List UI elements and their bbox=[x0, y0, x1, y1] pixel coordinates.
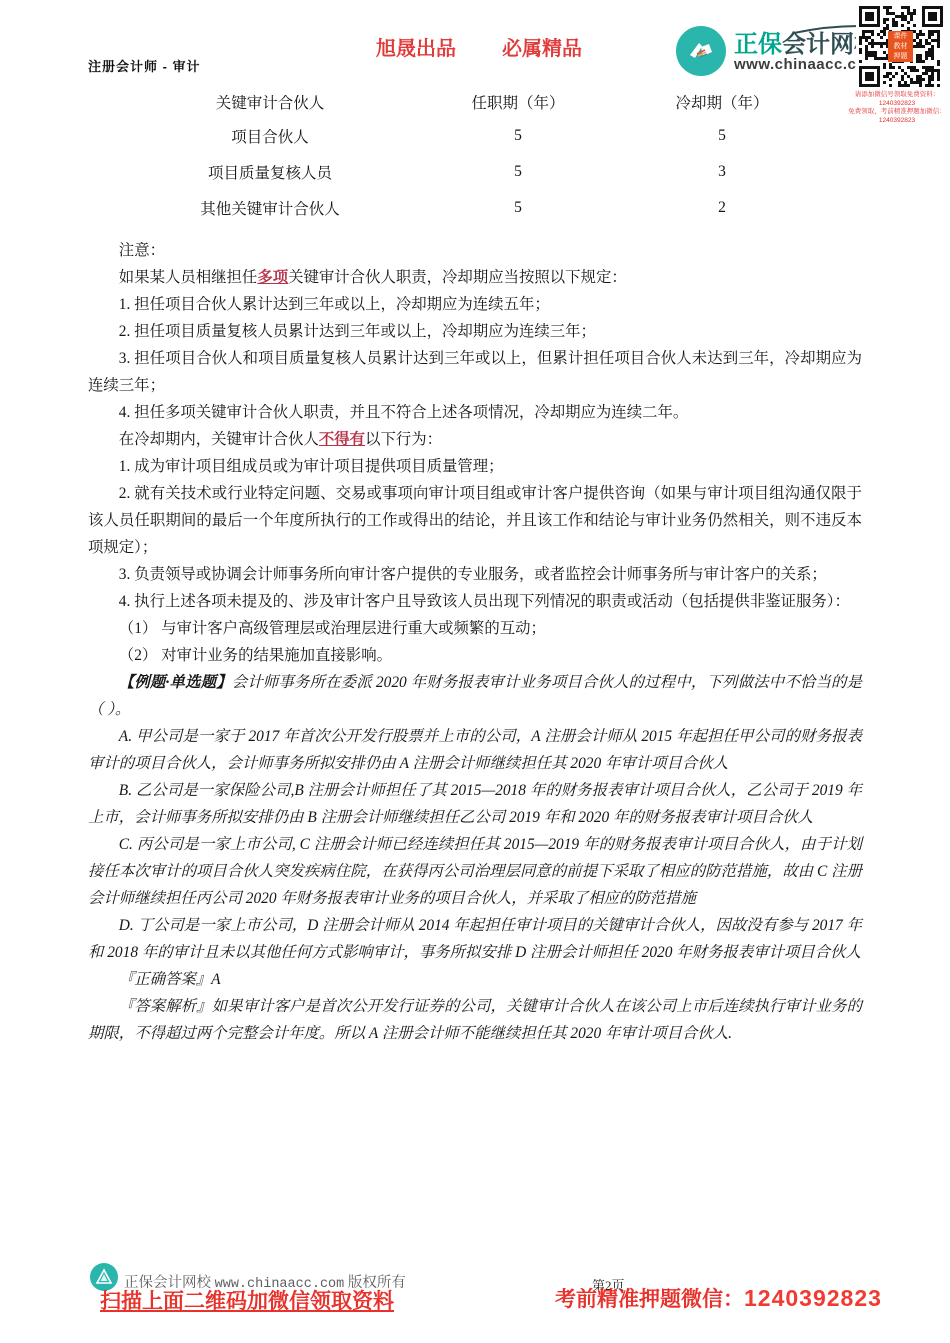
sub-behavior-item: （1） 与审计客户高级管理层或治理层进行重大或频繁的互动； bbox=[88, 615, 862, 642]
table-cell: 2 bbox=[584, 199, 860, 217]
example-stem: 【例题·单选题】会计师事务所在委派 2020 年财务报表审计业务项目合伙人的过程… bbox=[88, 669, 862, 723]
example-answer: 『正确答案』A bbox=[88, 966, 862, 993]
cooling-intro: 在冷却期内，关键审计合伙人不得有以下行为： bbox=[88, 426, 862, 453]
qr-finder-top-right bbox=[922, 6, 943, 27]
table-row: 其他关键审计合伙人 5 2 bbox=[88, 190, 860, 226]
table-header-row: 关键审计合伙人 任职期（年） 冷却期（年） bbox=[88, 86, 860, 118]
qr-finder-bottom-left bbox=[859, 66, 880, 87]
table-cell: 项目合伙人 bbox=[88, 125, 452, 147]
emphasis-budeyou: 不得有 bbox=[319, 431, 365, 448]
behavior-item: 1. 成为审计项目组成员或为审计项目提供项目质量管理； bbox=[88, 453, 862, 480]
example-option-d: D. 丁公司是一家上市公司，D 注册会计师从 2014 年起担任审计项目的关键审… bbox=[88, 912, 862, 966]
example-option-b: B. 乙公司是一家保险公司,B 注册会计师担任了其 2015—2018 年的财务… bbox=[88, 777, 862, 831]
body-text: 注意： 如果某人员相继担任多项关键审计合伙人职责，冷却期应当按照以下规定： 1.… bbox=[88, 237, 862, 1047]
wechat-number: 1240392823 bbox=[744, 1285, 882, 1311]
rule-item: 4. 担任多项关键审计合伙人职责，并且不符合上述各项情况，冷却期应为连续二年。 bbox=[88, 399, 862, 426]
emphasis-duoxiang: 多项 bbox=[257, 269, 288, 286]
book-icon bbox=[685, 35, 717, 67]
behavior-item: 4. 执行上述各项未提及的、涉及审计客户且导致该人员出现下列情况的职责或活动（包… bbox=[88, 588, 862, 615]
table-cell: 5 bbox=[584, 127, 860, 145]
top-slogans: 旭晟出品 必属精品 bbox=[376, 32, 582, 61]
triangle-logo-icon bbox=[95, 1268, 113, 1286]
rule-item: 2. 担任项目质量复核人员累计达到三年或以上，冷却期应为连续三年； bbox=[88, 318, 862, 345]
qr-finder-top-left bbox=[859, 6, 880, 27]
rule-item: 3. 担任项目合伙人和项目质量复核人员累计达到三年或以上，但累计担任项目合伙人未… bbox=[88, 345, 862, 399]
slogan-left: 旭晟出品 bbox=[376, 32, 456, 61]
example-option-c: C. 丙公司是一家上市公司, C 注册会计师已经连续担任其 2015—2019 … bbox=[88, 831, 862, 912]
brand-logo-icon bbox=[676, 26, 726, 76]
qr-center-label: 课件 教材 押题 bbox=[888, 31, 913, 62]
rotation-table: 关键审计合伙人 任职期（年） 冷却期（年） 项目合伙人 5 5 项目质量复核人员… bbox=[88, 86, 860, 226]
sub-behavior-item: （2） 对审计业务的结果施加直接影响。 bbox=[88, 642, 862, 669]
note-intro: 如果某人员相继担任多项关键审计合伙人职责，冷却期应当按照以下规定： bbox=[88, 264, 862, 291]
qr-code: 课件 教材 押题 bbox=[856, 4, 944, 90]
behavior-item: 2. 就有关技术或行业特定问题、交易或事项向审计项目组或审计客户提供咨询（如果与… bbox=[88, 480, 862, 561]
table-header-cell: 冷却期（年） bbox=[584, 91, 860, 113]
note-title: 注意： bbox=[88, 237, 862, 264]
rule-item: 1. 担任项目合伙人累计达到三年或以上，冷却期应为连续五年； bbox=[88, 291, 862, 318]
table-cell: 项目质量复核人员 bbox=[88, 161, 452, 183]
footer-scan-hint: 扫描上面二维码加微信领取资料 bbox=[100, 1285, 394, 1315]
brand-logo: 正保会计网校 www.chinaacc.com bbox=[676, 26, 880, 76]
table-header-cell: 任职期（年） bbox=[452, 91, 584, 113]
example-analysis: 『答案解析』如果审计客户是首次公开发行证券的公司，关键审计合伙人在该公司上市后连… bbox=[88, 993, 862, 1047]
example-option-a: A. 甲公司是一家于 2017 年首次公开发行股票并上市的公司，A 注册会计师从… bbox=[88, 723, 862, 777]
table-cell: 5 bbox=[452, 199, 584, 217]
example-label: 【例题·单选题】 bbox=[119, 674, 232, 691]
table-cell: 其他关键审计合伙人 bbox=[88, 197, 452, 219]
table-cell: 5 bbox=[452, 127, 584, 145]
table-header-cell: 关键审计合伙人 bbox=[88, 91, 452, 113]
table-cell: 5 bbox=[452, 163, 584, 181]
behavior-item: 3. 负责领导或协调会计师事务所向审计客户提供的专业服务，或者监控会计师事务所与… bbox=[88, 561, 862, 588]
slogan-right: 必属精品 bbox=[502, 32, 582, 61]
doc-subject-title: 注册会计师 - 审计 bbox=[88, 56, 201, 75]
table-row: 项目质量复核人员 5 3 bbox=[88, 154, 860, 190]
footer-wechat-hint: 考前精准押题微信：1240392823 bbox=[555, 1283, 882, 1313]
table-cell: 3 bbox=[584, 163, 860, 181]
table-row: 项目合伙人 5 5 bbox=[88, 118, 860, 154]
